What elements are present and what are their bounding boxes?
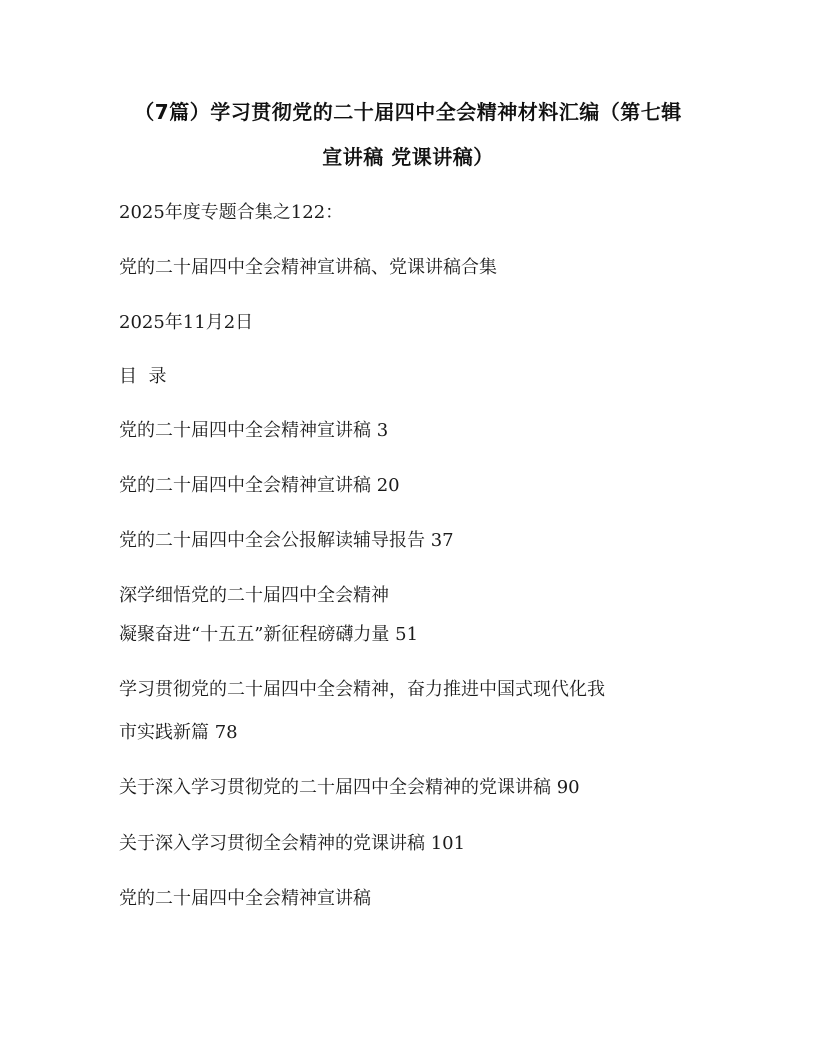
toc-entry[interactable]: 市实践新篇 78 <box>119 718 238 744</box>
body-heading: 党的二十届四中全会精神宣讲稿 <box>119 884 371 910</box>
document-date: 2025年11月2日 <box>119 308 253 334</box>
toc-heading: 目 录 <box>119 362 166 388</box>
toc-entry[interactable]: 深学细悟党的二十届四中全会精神 <box>119 581 389 607</box>
toc-entry[interactable]: 党的二十届四中全会精神宣讲稿 3 <box>119 416 388 442</box>
collection-name: 党的二十届四中全会精神宣讲稿、党课讲稿合集 <box>119 253 497 279</box>
toc-entry[interactable]: 党的二十届四中全会公报解读辅导报告 37 <box>119 526 454 552</box>
toc-entry[interactable]: 学习贯彻党的二十届四中全会精神，奋力推进中国式现代化我 <box>119 675 605 701</box>
toc-entry[interactable]: 关于深入学习贯彻全会精神的党课讲稿 101 <box>119 829 465 855</box>
document-title-line-2: 宣讲稿 党课讲稿） <box>0 141 816 170</box>
document-title-line-1: （7篇）学习贯彻党的二十届四中全会精神材料汇编（第七辑 <box>0 96 816 125</box>
toc-entry[interactable]: 凝聚奋进“十五五”新征程磅礴力量 51 <box>119 620 418 646</box>
toc-entry[interactable]: 党的二十届四中全会精神宣讲稿 20 <box>119 471 400 497</box>
subtitle: 2025年度专题合集之122： <box>119 198 343 224</box>
toc-entry[interactable]: 关于深入学习贯彻党的二十届四中全会精神的党课讲稿 90 <box>119 773 580 799</box>
